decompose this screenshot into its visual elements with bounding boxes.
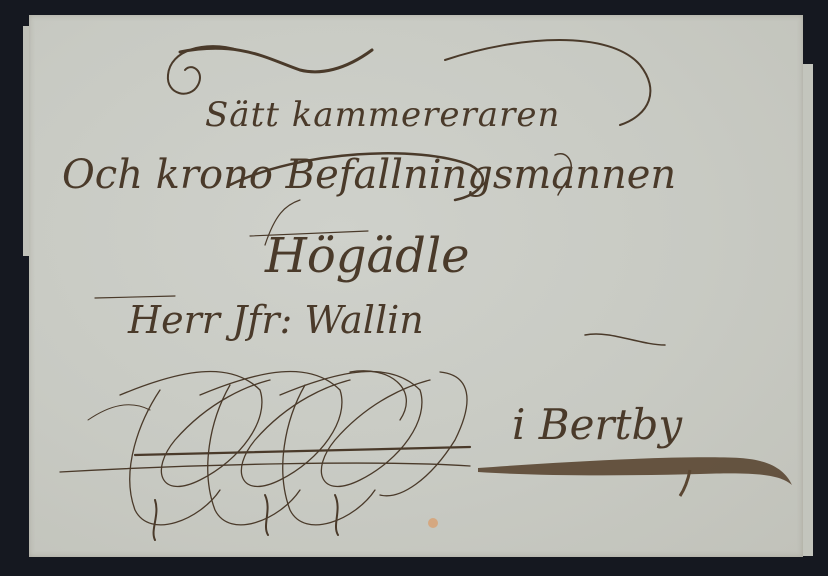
address-line-recipient: Herr Jfr: Wallin xyxy=(128,298,424,342)
address-line-place: i Bertby xyxy=(512,400,682,449)
paper-stain xyxy=(428,518,438,528)
handwritten-flourishes xyxy=(0,0,828,576)
scan-stage: Sätt kammereraren Och krono Befallningsm… xyxy=(0,0,828,576)
address-line-honorific: Högädle xyxy=(265,228,470,284)
address-line-title: Sätt kammereraren xyxy=(205,95,560,135)
address-line-office: Och krono Befallningsmannen xyxy=(62,152,676,198)
